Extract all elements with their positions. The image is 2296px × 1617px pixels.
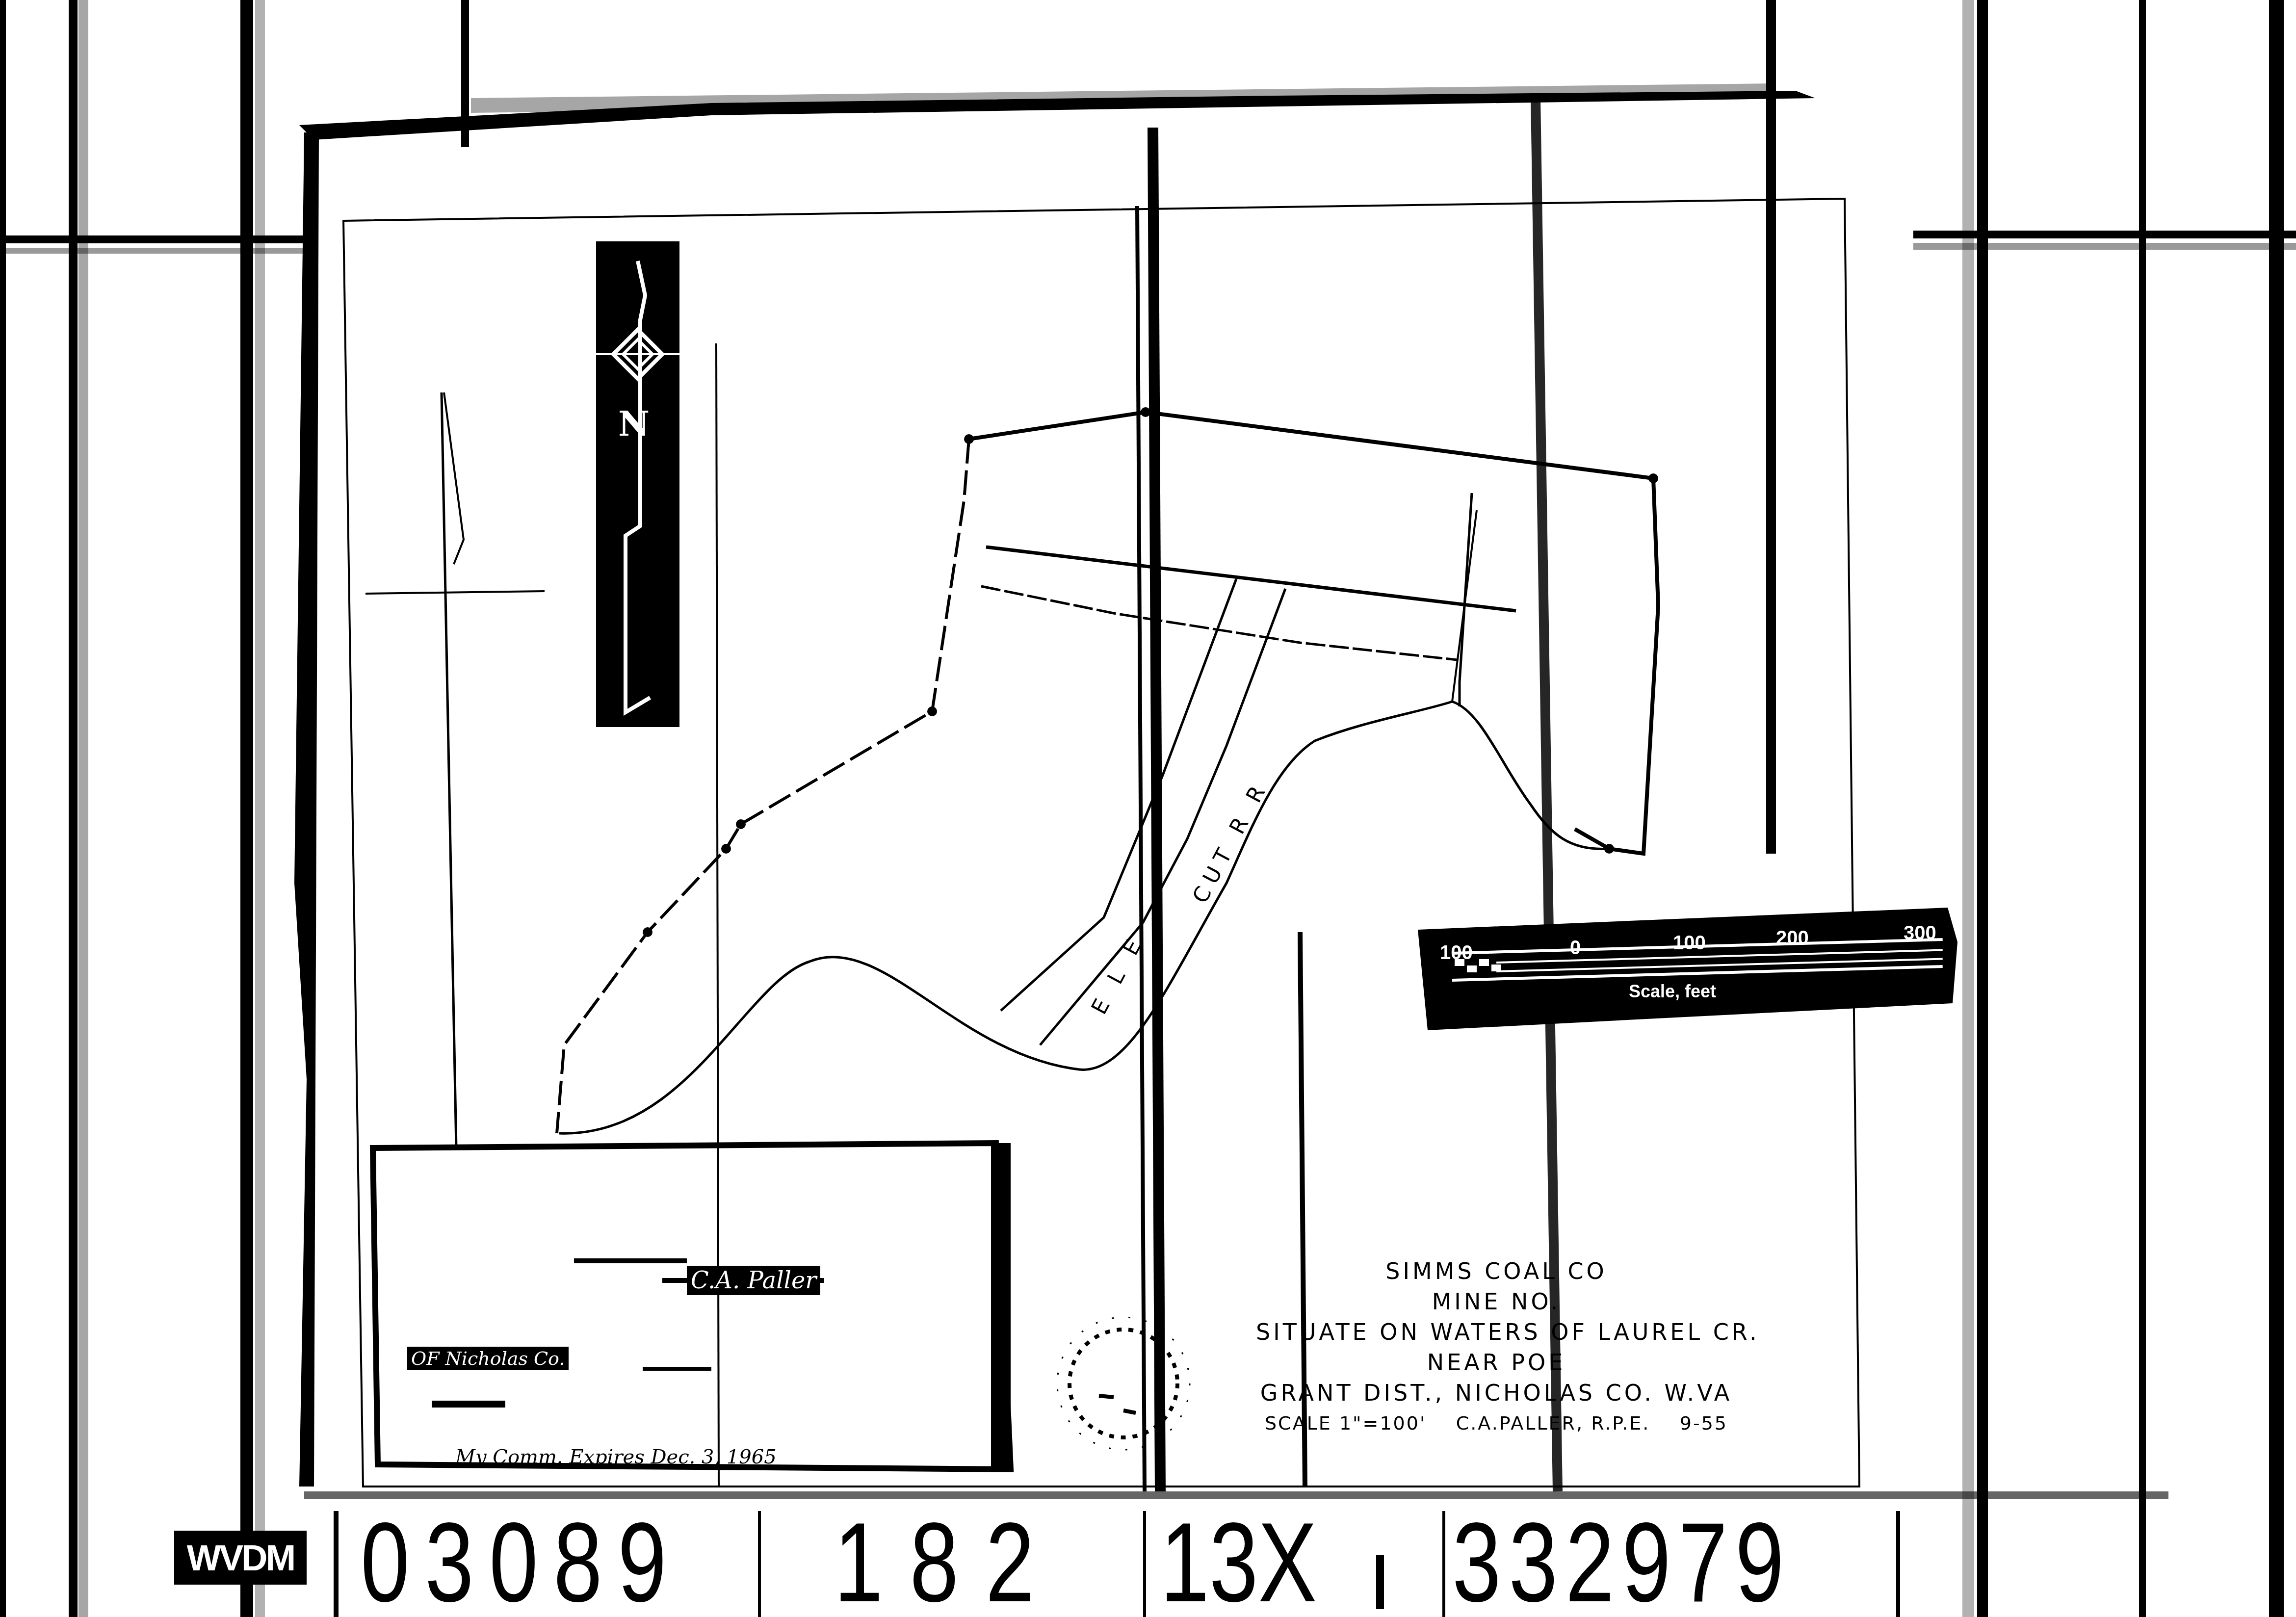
engineer-seal-icon (1050, 1310, 1197, 1457)
mine-number: MINE NO. (1256, 1286, 1737, 1317)
district-line: GRANT DIST., NICHOLAS CO. W.VA (1256, 1378, 1737, 1408)
film-id-number-4: 332979 (1452, 1509, 1792, 1617)
scale-engineer-line: SCALE 1"=100' C.A.PALLER, R.P.E. 9-55 (1256, 1408, 1737, 1438)
scale-text: SCALE 1"=100' (1265, 1412, 1426, 1434)
company-name: SIMMS COAL CO (1256, 1256, 1737, 1286)
commission-footer: My Comm. Expires Dec. 3, 1965 (451, 1445, 781, 1469)
scale-tick-2: 100 (1673, 932, 1706, 954)
location-line: SITUATE ON WATERS OF LAUREL CR. (1256, 1317, 1737, 1347)
scale-tick-1: 0 (1570, 937, 1581, 959)
scale-tick-0: 100 (1440, 942, 1473, 964)
scale-caption: Scale, feet (1624, 980, 1721, 1003)
signature: C.A. Paller (687, 1266, 820, 1295)
north-arrow-panel: N (596, 241, 679, 727)
engineer-text: C.A.PALLER, R.P.E. (1456, 1412, 1650, 1434)
north-label: N (618, 403, 650, 444)
film-id-number-1: 03089 (361, 1509, 682, 1617)
near-line: NEAR POE (1256, 1347, 1737, 1378)
scale-tick-3: 200 (1776, 927, 1809, 949)
film-id-label: WVDM (174, 1531, 307, 1585)
title-block: SIMMS COAL CO MINE NO. SITUATE ON WATERS… (1256, 1256, 1737, 1438)
north-arrow-icon (596, 241, 679, 727)
scale-tick-4: 300 (1904, 922, 1936, 944)
date-text: 9-55 (1680, 1412, 1728, 1434)
county-text: OF Nicholas Co. (407, 1347, 569, 1370)
film-id-number-3: 13X (1160, 1509, 1317, 1617)
film-id-number-2: 182 (834, 1509, 1061, 1617)
